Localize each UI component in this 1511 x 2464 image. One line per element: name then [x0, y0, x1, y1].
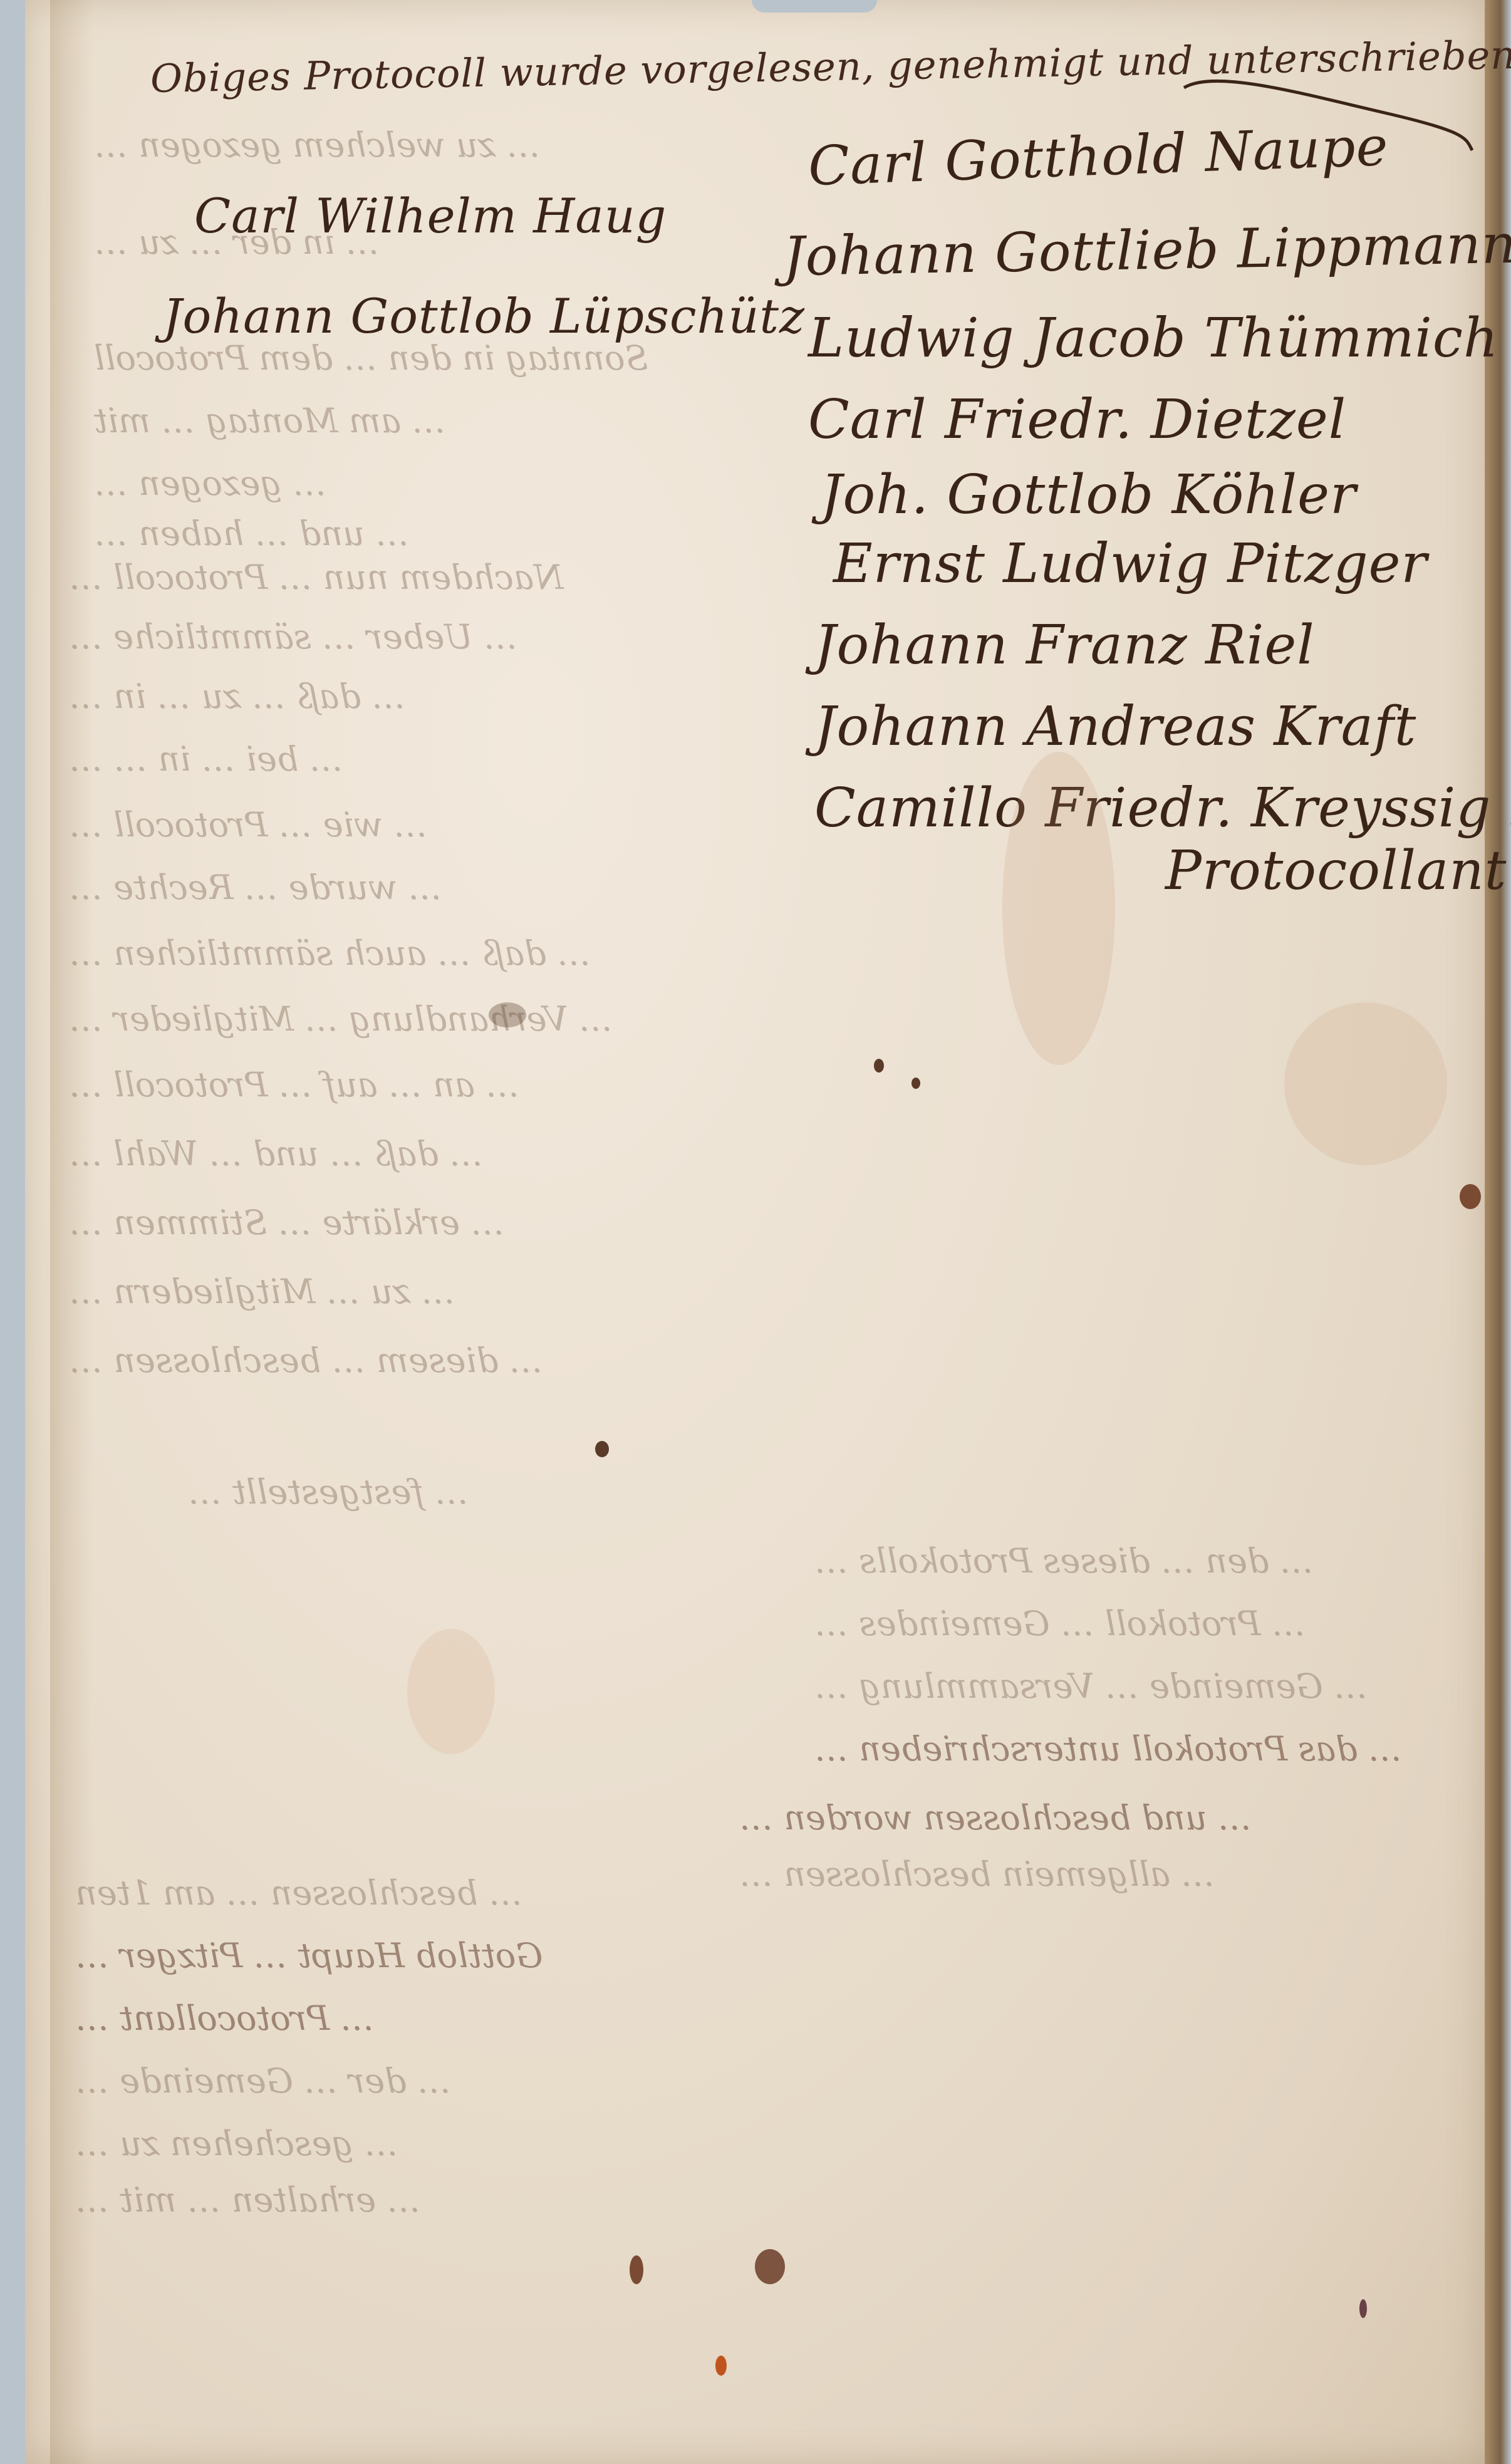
bleed-line: … den … dieses Protokolls … — [814, 1541, 1314, 1581]
signature: Joh. Gottlob Köhler — [821, 464, 1356, 526]
bleed-line: … der … Gemeinde … — [75, 2061, 451, 2101]
bleed-line: … beschlossen … am 1ten — [75, 1873, 522, 1913]
bleed-line: Sonntag in den … dem Protocoll — [94, 338, 648, 378]
bleed-line: … erklärte … Stimmen … — [69, 1203, 504, 1242]
ink-spot — [1359, 2299, 1367, 2318]
ink-spot — [874, 1059, 884, 1073]
bleed-line: … zu … Mitgliedern … — [69, 1272, 455, 1311]
bleed-line: … und … haben … — [94, 514, 409, 553]
signature: Johann Gottlob Lüpschütz — [163, 288, 805, 344]
signature: Johann Andreas Kraft — [814, 695, 1416, 758]
signature: Camillo Friedr. Kreyssig Sch. u. — [814, 777, 1511, 840]
ink-spot — [595, 1441, 609, 1457]
bleed-line: … an … auf … Protocoll … — [69, 1065, 519, 1105]
bleed-line: … daß … auch sämmtlichen … — [69, 933, 591, 973]
bleed-line: … diesem … beschlossen … — [69, 1341, 543, 1380]
bleed-line: … Protokoll … Gemeindes … — [814, 1604, 1306, 1643]
signature: Carl Wilhelm Haug — [194, 188, 667, 244]
signature: Johann Gottlieb Lippmann — [782, 213, 1511, 288]
signature: Carl Friedr. Dietzel — [808, 388, 1346, 451]
bleed-line: Nachdem nun … Protocoll … — [69, 558, 563, 597]
bleed-line: … und beschlossen worden … — [739, 1798, 1252, 1838]
bleed-line: … Gemeinde … Versammlung … — [814, 1666, 1368, 1706]
rust-spot — [715, 2356, 727, 2376]
signature: Ernst Ludwig Pitzger — [833, 533, 1428, 595]
water-stain — [1002, 752, 1115, 1065]
bleed-line: … wurde … Rechte … — [69, 868, 442, 907]
bleed-line: … bei … in … … — [69, 739, 343, 779]
bleed-line: … erhalten … mit … — [75, 2180, 420, 2220]
water-stain — [407, 1629, 495, 1754]
bleed-line: Gottlob Haupt … Pitzger … — [75, 1936, 543, 1975]
ink-stain — [1460, 1184, 1481, 1209]
bleed-line: … wie … Protocoll … — [69, 805, 427, 845]
smudge — [489, 1002, 526, 1027]
bleed-line: … Ueber … sämmtliche … — [69, 617, 517, 657]
ink-spot — [911, 1078, 920, 1089]
bleed-line: … geschehen zu … — [75, 2124, 398, 2163]
torn-edge — [752, 0, 877, 13]
bleed-line: … zu welchem gezogen … — [94, 125, 540, 165]
signature: Johann Franz Riel — [814, 614, 1315, 677]
bleed-line: … Protocollant … — [75, 1999, 374, 2038]
ink-stain — [755, 2249, 785, 2284]
bleed-line: … daß … und … Wahl … — [69, 1134, 483, 1173]
bleed-line: … das Protokoll unterschrieben … — [814, 1729, 1402, 1769]
pen-flourish — [1178, 69, 1491, 157]
bleed-line: … Verhandlung … Mitglieder … — [69, 999, 613, 1039]
water-stain — [1284, 1002, 1447, 1165]
bleed-line: … gezogen … — [94, 464, 326, 503]
bleed-line: … daß … zu … in … — [69, 677, 405, 716]
ink-stain — [630, 2255, 643, 2284]
bleed-line: … am Montag … mit — [94, 401, 445, 440]
bleed-line: … allgemein beschlossen … — [739, 1854, 1215, 1894]
signature-title: Protocollant — [1165, 840, 1507, 902]
bleed-line: … festgestellt … — [188, 1472, 469, 1512]
signature: Ludwig Jacob Thümmich — [808, 307, 1498, 370]
